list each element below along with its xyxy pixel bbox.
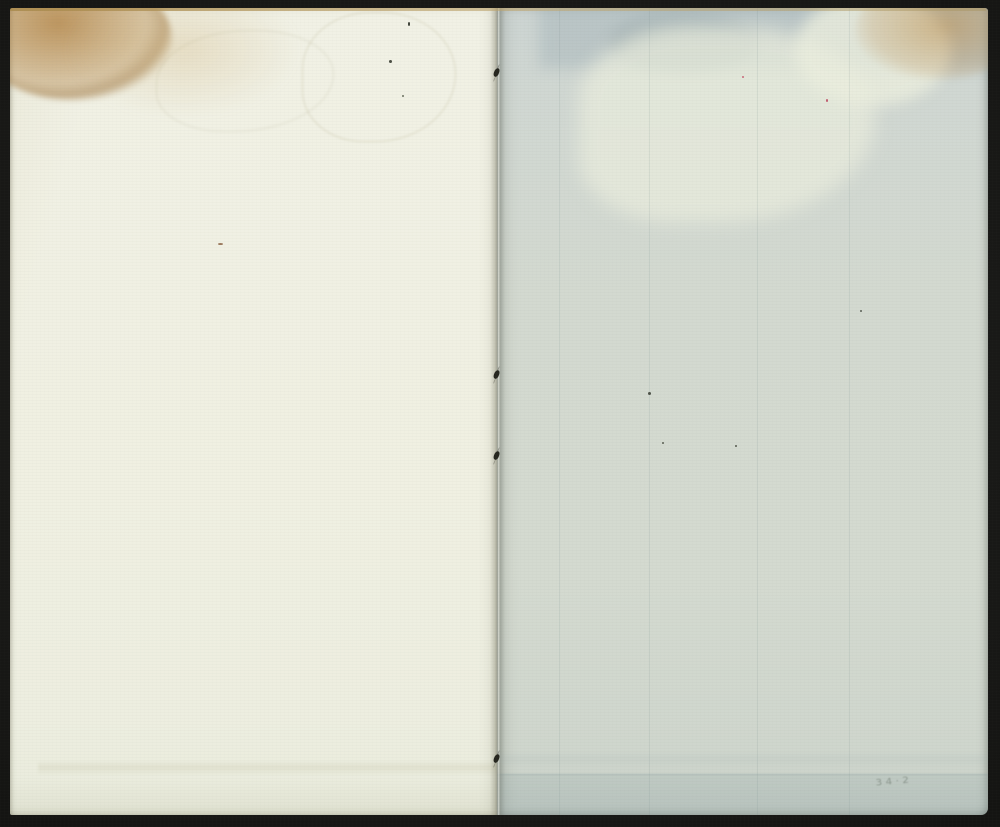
- page-fold-line: [849, 8, 850, 815]
- foxing-speck: [742, 76, 744, 78]
- bottom-shading: [10, 777, 497, 815]
- tide-line-bottom: [38, 761, 497, 775]
- foxing-speck: [218, 243, 223, 245]
- tide-line-ring: [156, 30, 334, 132]
- foxing-speck: [860, 310, 862, 312]
- page-fold-line: [649, 8, 650, 815]
- binding-gutter: [490, 8, 505, 815]
- bottom-discoloration-band: [497, 774, 988, 815]
- foxing-speck: [408, 22, 410, 26]
- foxing-speck: [662, 442, 664, 444]
- right-page: [497, 8, 988, 815]
- foxing-speck: [389, 60, 392, 63]
- tide-line-bottom: [497, 755, 988, 763]
- book-spread: 34·2: [10, 8, 988, 815]
- foxing-speck: [648, 392, 651, 395]
- page-top-edge: [10, 8, 986, 11]
- left-page: [10, 8, 497, 815]
- foxing-speck: [826, 99, 828, 102]
- page-fold-line: [757, 8, 758, 815]
- page-fold-line: [559, 8, 560, 815]
- foxing-speck: [735, 445, 737, 447]
- foxing-speck: [402, 95, 404, 97]
